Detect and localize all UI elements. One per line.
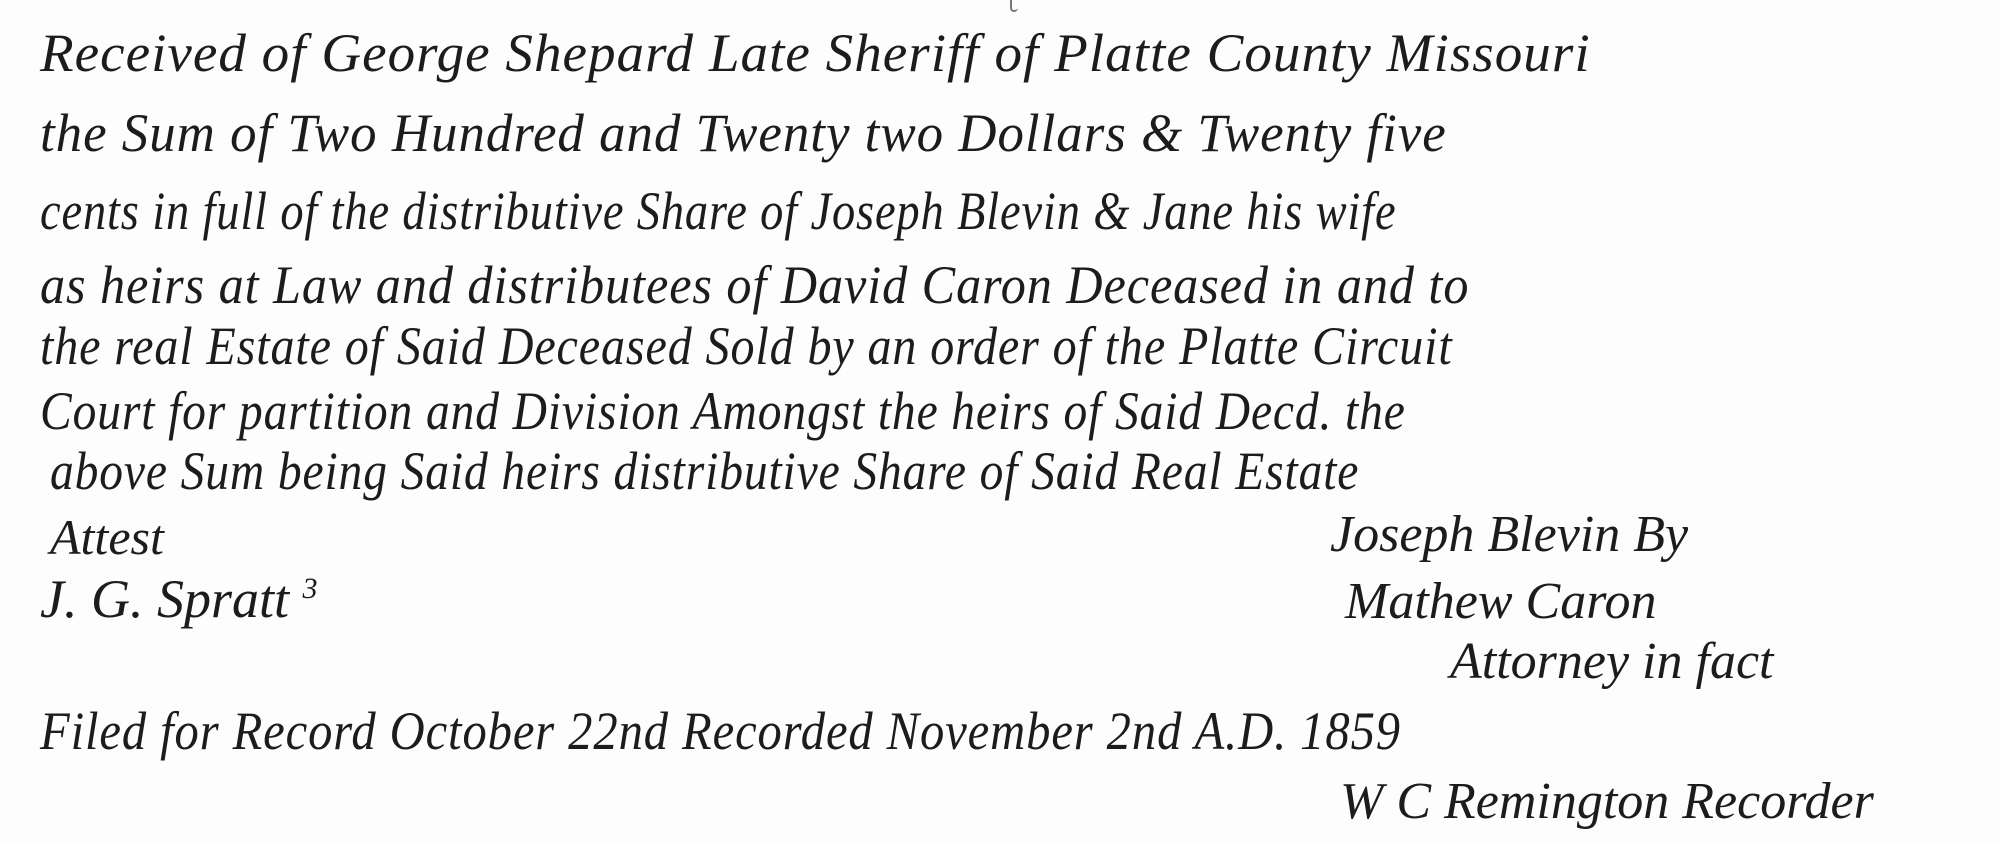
document-page: Received of George Shepard Late Sheriff … bbox=[0, 0, 2000, 842]
attest-label: Attest bbox=[50, 508, 164, 566]
witness-name: J. G. Spratt bbox=[40, 569, 289, 629]
body-line-6: Court for partition and Division Amongst… bbox=[40, 380, 1406, 442]
filing-line: Filed for Record October 22nd Recorded N… bbox=[40, 700, 1401, 762]
body-line-5: the real Estate of Said Deceased Sold by… bbox=[40, 315, 1453, 377]
body-line-3: cents in full of the distributive Share … bbox=[40, 180, 1396, 242]
body-line-1: Received of George Shepard Late Sheriff … bbox=[40, 22, 1591, 84]
signature-principal: Joseph Blevin By bbox=[1330, 505, 1688, 564]
witness-mark: 3 bbox=[303, 572, 318, 605]
signature-agent: Mathew Caron bbox=[1345, 572, 1657, 631]
recorder-signature: W C Remington Recorder bbox=[1340, 772, 1874, 831]
attest-witness: J. G. Spratt 3 bbox=[40, 568, 318, 630]
body-line-4: as heirs at Law and distributees of Davi… bbox=[40, 254, 1469, 316]
body-line-2: the Sum of Two Hundred and Twenty two Do… bbox=[40, 102, 1447, 164]
body-line-7: above Sum being Said heirs distributive … bbox=[50, 440, 1359, 502]
signature-agent-title: Attorney in fact bbox=[1450, 632, 1773, 691]
ink-mark bbox=[1010, 0, 1018, 12]
